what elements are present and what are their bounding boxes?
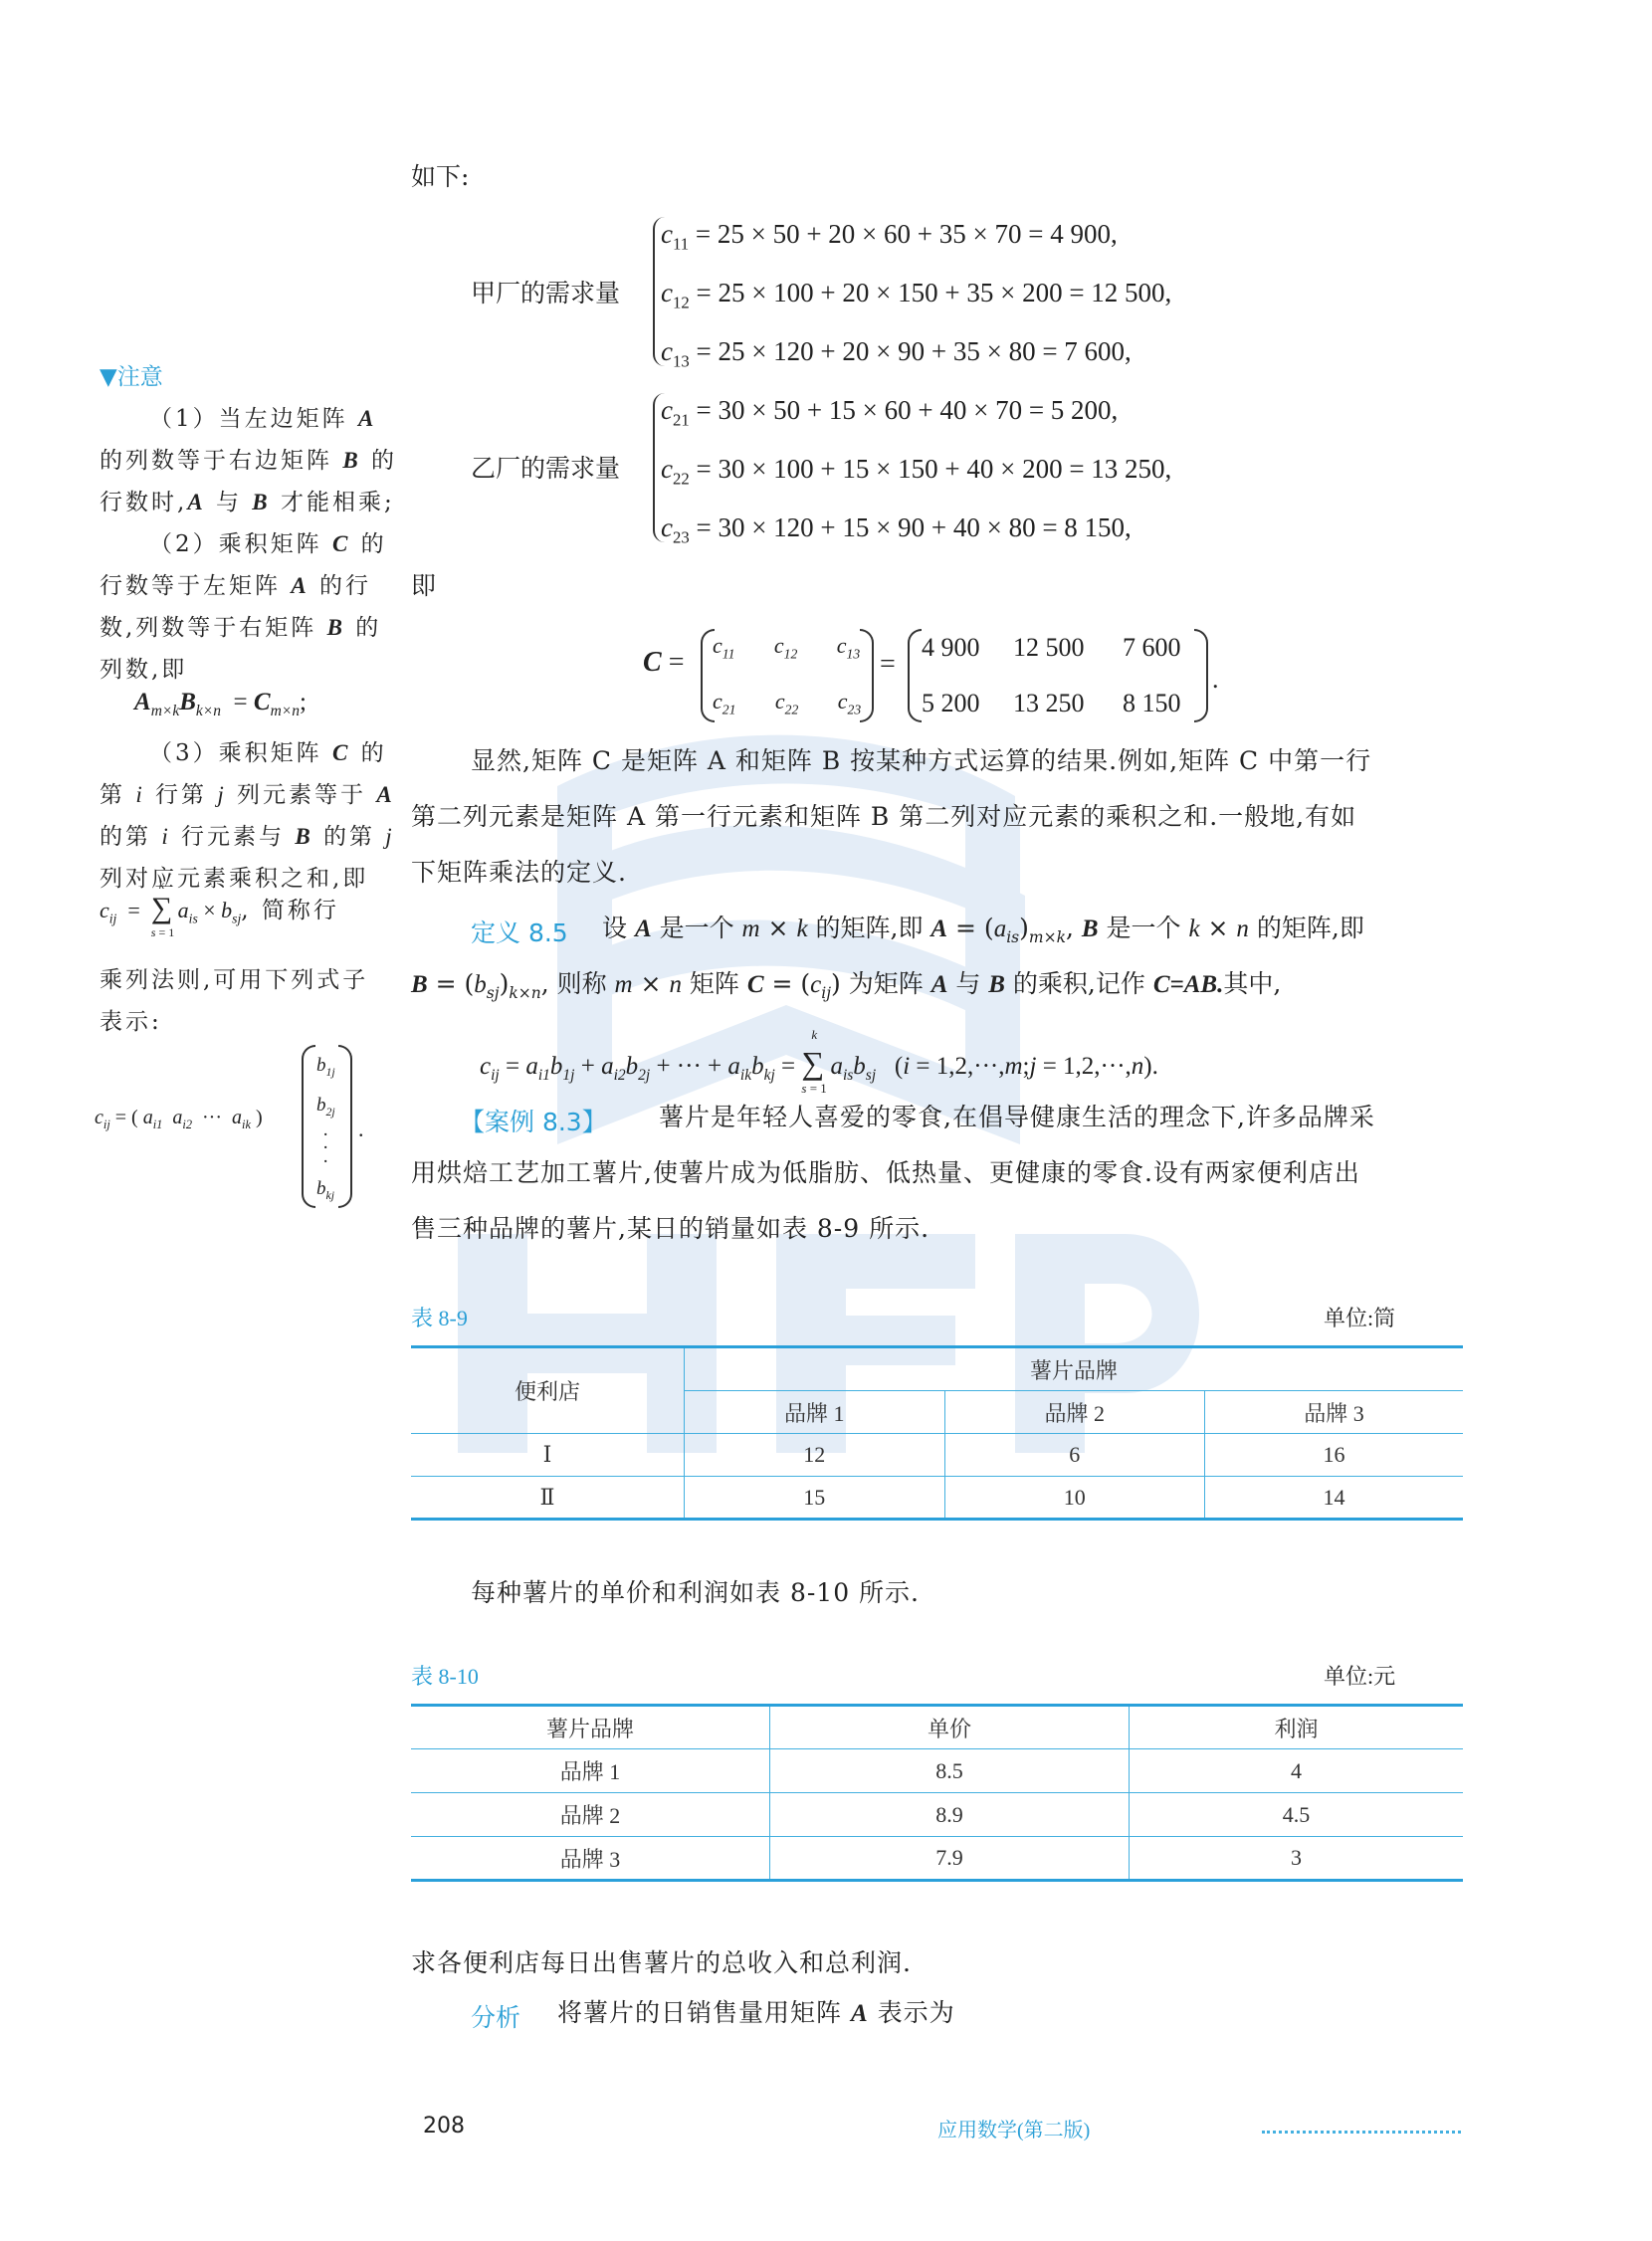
note-line: 行数等于左矩阵 A 的行 bbox=[100, 567, 371, 600]
book-title: 应用数学(第二版) bbox=[937, 2114, 1090, 2142]
factory-b-label: 乙厂的需求量 bbox=[471, 456, 620, 481]
analysis-label: 分析 bbox=[471, 1998, 520, 2034]
column-header: 便利店 bbox=[411, 1347, 685, 1434]
right-paren bbox=[1194, 629, 1208, 722]
factory-a-label: 甲厂的需求量 bbox=[471, 281, 620, 306]
table-caption: 表 8-10 bbox=[411, 1660, 479, 1691]
note-line: 列数,即 bbox=[100, 651, 187, 684]
question-text: 求各便利店每日出售薯片的总收入和总利润. bbox=[411, 1950, 912, 1975]
ji-text: 即 bbox=[411, 573, 436, 598]
table-unit: 单位:元 bbox=[1324, 1660, 1395, 1691]
note-line: （1）当左边矩阵 A bbox=[149, 400, 376, 433]
equation: c21 = 30 × 50 + 15 × 60 + 40 × 70 = 5 20… bbox=[661, 395, 1118, 426]
definition-label: 定义 8.5 bbox=[471, 914, 568, 949]
right-paren bbox=[338, 1045, 352, 1208]
paragraph-line: 下矩阵乘法的定义. bbox=[411, 860, 627, 885]
table-row: Ⅰ 12 6 16 bbox=[411, 1434, 1463, 1477]
case-line: 用烘焙工艺加工薯片,使薯片成为低脂肪、低热量、更健康的零食.设有两家便利店出 bbox=[411, 1160, 1360, 1185]
matrix-cell: 8 150 bbox=[1123, 689, 1181, 718]
equation: c13 = 25 × 120 + 20 × 90 + 35 × 80 = 7 6… bbox=[661, 336, 1132, 367]
column-header: 单价 bbox=[770, 1706, 1130, 1749]
case-label: 【案例 8.3】 bbox=[460, 1103, 607, 1138]
note-line: 乘列法则,可用下列式子 bbox=[100, 961, 368, 994]
definition-formula: cij = ai1b1j + ai2b2j + ··· + aikbkj = ∑… bbox=[480, 1045, 1158, 1082]
table-row: 品牌 3 7.9 3 bbox=[411, 1837, 1463, 1881]
footer-dotted-rule bbox=[1262, 2131, 1461, 2134]
table-caption: 表 8-9 bbox=[411, 1302, 468, 1332]
equation: c23 = 30 × 120 + 15 × 90 + 40 × 80 = 8 1… bbox=[661, 512, 1132, 543]
note-formula-rowcol: cij = ( ai1 ai2 ··· aik ) bbox=[95, 1107, 263, 1129]
matrix-row: c21 c22 c23 bbox=[713, 689, 861, 714]
table-row: 品牌 1 8.5 4 bbox=[411, 1749, 1463, 1793]
period: . bbox=[358, 1117, 364, 1142]
table-row: Ⅱ 15 10 14 bbox=[411, 1477, 1463, 1520]
paragraph-line: 显然,矩阵 C 是矩阵 A 和矩阵 B 按某种方式运算的结果.例如,矩阵 C 中… bbox=[471, 748, 1371, 773]
note-line: （3）乘积矩阵 C 的 bbox=[149, 734, 387, 767]
note-line: 列对应元素乘积之和,即 bbox=[100, 860, 368, 893]
equation: c11 = 25 × 50 + 20 × 60 + 35 × 70 = 4 90… bbox=[661, 219, 1118, 250]
matrix-cell: 12 500 bbox=[1013, 633, 1085, 663]
equation: c12 = 25 × 100 + 20 × 150 + 35 × 200 = 1… bbox=[661, 278, 1171, 308]
matrix-cell: 7 600 bbox=[1123, 633, 1181, 663]
note-line: 第 i 行第 j 列元素等于 A bbox=[100, 776, 395, 809]
vector-entry: ··· bbox=[322, 1128, 328, 1168]
page-number: 208 bbox=[423, 2114, 465, 2139]
left-paren bbox=[302, 1045, 315, 1208]
sales-table: 便利店 薯片品牌 品牌 1 品牌 2 品牌 3 Ⅰ 12 6 16 Ⅱ 15 1… bbox=[411, 1345, 1463, 1521]
group-header: 薯片品牌 bbox=[685, 1347, 1464, 1391]
note-line: 的第 i 行元素与 B 的第 j bbox=[100, 818, 395, 851]
paragraph-line: 每种薯片的单价和利润如表 8-10 所示. bbox=[471, 1580, 920, 1605]
definition-line: 设 A 是一个 m × k 的矩阵,即 A = (ais)m×k, B 是一个 … bbox=[602, 916, 1364, 941]
matrix-cell: 13 250 bbox=[1013, 689, 1085, 718]
textbook-page: ▼注意 （1）当左边矩阵 A 的列数等于右边矩阵 B 的 行数时,A 与 B 才… bbox=[0, 0, 1652, 2241]
case-line: 薯片是年轻人喜爱的零食,在倡导健康生活的理念下,许多品牌采 bbox=[659, 1105, 1375, 1129]
vector-entry: b2j bbox=[316, 1095, 335, 1117]
table-row: 品牌 2 8.9 4.5 bbox=[411, 1793, 1463, 1837]
matrix-cell: 4 900 bbox=[922, 633, 980, 663]
column-header: 品牌 1 bbox=[685, 1391, 945, 1434]
vector-entry: bkj bbox=[316, 1178, 334, 1200]
left-paren bbox=[908, 629, 922, 722]
note-line: 表示: bbox=[100, 1003, 162, 1036]
column-header: 薯片品牌 bbox=[411, 1706, 770, 1749]
note-title: ▼注意 bbox=[100, 358, 163, 391]
equals: = bbox=[880, 649, 896, 681]
right-paren bbox=[860, 629, 874, 722]
column-header: 利润 bbox=[1130, 1706, 1464, 1749]
matrix-equation-lhs: C = bbox=[643, 647, 684, 679]
vector-entry: b1j bbox=[316, 1055, 335, 1077]
note-line: 的列数等于右边矩阵 B 的 bbox=[100, 442, 397, 475]
paragraph-line: 第二列元素是矩阵 A 第一行元素和矩阵 B 第二列对应元素的乘积之和.一般地,有… bbox=[411, 804, 1356, 829]
intro-text: 如下: bbox=[411, 164, 469, 189]
note-line: （2）乘积矩阵 C 的 bbox=[149, 525, 387, 558]
price-table: 薯片品牌 单价 利润 品牌 1 8.5 4 品牌 2 8.9 4.5 品牌 3 … bbox=[411, 1704, 1463, 1882]
note-line: 数,列数等于右矩阵 B 的 bbox=[100, 609, 381, 642]
definition-line: B = (bsj)k×n, 则称 m × n 矩阵 C = (cij) 为矩阵 … bbox=[411, 971, 1281, 997]
note-formula-dims: Am×kBk×n = Cm×n; bbox=[134, 689, 307, 716]
case-line: 售三种品牌的薯片,某日的销量如表 8-9 所示. bbox=[411, 1216, 929, 1241]
column-header: 品牌 2 bbox=[944, 1391, 1205, 1434]
matrix-row: c11 c12 c13 bbox=[713, 633, 860, 659]
table-unit: 单位:筒 bbox=[1324, 1302, 1395, 1332]
equation: c22 = 30 × 100 + 15 × 150 + 40 × 200 = 1… bbox=[661, 454, 1171, 485]
note-formula-sum: cij = ∑ks = 1 ais × bsj, 简称行 bbox=[100, 892, 339, 925]
analysis-text: 将薯片的日销售量用矩阵 A 表示为 bbox=[557, 2000, 955, 2026]
period: . bbox=[1212, 665, 1219, 695]
note-line: 行数时,A 与 B 才能相乘; bbox=[100, 484, 395, 516]
matrix-cell: 5 200 bbox=[922, 689, 980, 718]
column-header: 品牌 3 bbox=[1205, 1391, 1463, 1434]
